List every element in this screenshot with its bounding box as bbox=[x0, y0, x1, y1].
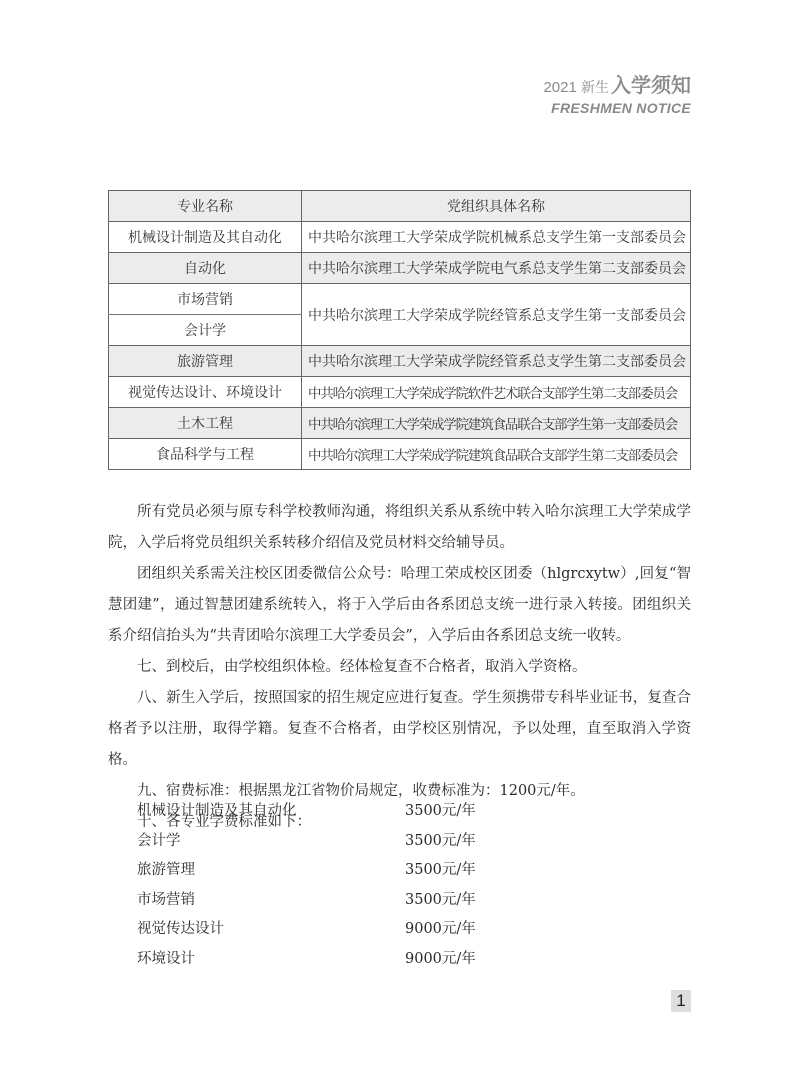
paragraph-league-transfer: 团组织关系需关注校区团委微信公众号：哈理工荣成校区团委（hlgrcxytw）,回… bbox=[108, 559, 691, 652]
fee-price: 3500元/年 bbox=[405, 797, 476, 827]
fee-major: 市场营销 bbox=[137, 886, 195, 916]
table-row: 旅游管理 中共哈尔滨理工大学荣成学院经管系总支学生第二支部委员会 bbox=[109, 346, 691, 377]
page-number: 1 bbox=[671, 990, 691, 1012]
major-cell: 自动化 bbox=[109, 253, 302, 284]
page-header: 2021 新生入学须知 FRESHMEN NOTICE bbox=[543, 76, 691, 116]
major-cell: 食品科学与工程 bbox=[109, 439, 302, 470]
fee-row: 旅游管理 3500元/年 bbox=[137, 856, 537, 886]
column-header-major: 专业名称 bbox=[109, 191, 302, 222]
header-year: 2021 bbox=[543, 79, 576, 96]
major-cell: 视觉传达设计、环境设计 bbox=[109, 377, 302, 408]
fee-major: 旅游管理 bbox=[137, 856, 195, 886]
fee-row: 市场营销 3500元/年 bbox=[137, 886, 537, 916]
header-label-big: 入学须知 bbox=[611, 75, 691, 97]
major-cell: 旅游管理 bbox=[109, 346, 302, 377]
fee-major: 机械设计制造及其自动化 bbox=[137, 797, 297, 827]
table-row: 自动化 中共哈尔滨理工大学荣成学院电气系总支学生第二支部委员会 bbox=[109, 253, 691, 284]
table-row: 视觉传达设计、环境设计 中共哈尔滨理工大学荣成学院软件艺术联合支部学生第二支部委… bbox=[109, 377, 691, 408]
table-row: 土木工程 中共哈尔滨理工大学荣成学院建筑食品联合支部学生第一支部委员会 bbox=[109, 408, 691, 439]
tuition-fee-list: 机械设计制造及其自动化 3500元/年 会计学 3500元/年 旅游管理 350… bbox=[137, 797, 537, 974]
fee-price: 9000元/年 bbox=[405, 915, 476, 945]
fee-major: 会计学 bbox=[137, 827, 181, 857]
fee-row: 环境设计 9000元/年 bbox=[137, 945, 537, 975]
paragraph-medical-exam: 七、到校后，由学校组织体检。经体检复查不合格者，取消入学资格。 bbox=[108, 652, 691, 683]
table-row: 机械设计制造及其自动化 中共哈尔滨理工大学荣成学院机械系总支学生第一支部委员会 bbox=[109, 222, 691, 253]
table-row: 食品科学与工程 中共哈尔滨理工大学荣成学院建筑食品联合支部学生第二支部委员会 bbox=[109, 439, 691, 470]
major-cell: 土木工程 bbox=[109, 408, 302, 439]
table-header-row: 专业名称 党组织具体名称 bbox=[109, 191, 691, 222]
paragraph-enrollment-review: 八、新生入学后，按照国家的招生规定应进行复查。学生须携带专科毕业证书，复查合格者… bbox=[108, 683, 691, 776]
organization-cell: 中共哈尔滨理工大学荣成学院建筑食品联合支部学生第二支部委员会 bbox=[302, 439, 691, 470]
paragraph-party-transfer: 所有党员必须与原专科学校教师沟通，将组织关系从系统中转入哈尔滨理工大学荣成学院，… bbox=[108, 497, 691, 559]
organization-cell: 中共哈尔滨理工大学荣成学院机械系总支学生第一支部委员会 bbox=[302, 222, 691, 253]
column-header-organization: 党组织具体名称 bbox=[302, 191, 691, 222]
major-cell: 会计学 bbox=[109, 315, 302, 346]
organization-cell: 中共哈尔滨理工大学荣成学院电气系总支学生第二支部委员会 bbox=[302, 253, 691, 284]
major-cell: 市场营销 bbox=[109, 284, 302, 315]
fee-row: 视觉传达设计 9000元/年 bbox=[137, 915, 537, 945]
header-label-small: 新生 bbox=[581, 79, 609, 95]
fee-price: 9000元/年 bbox=[405, 945, 476, 975]
fee-price: 3500元/年 bbox=[405, 886, 476, 916]
organization-cell: 中共哈尔滨理工大学荣成学院建筑食品联合支部学生第一支部委员会 bbox=[302, 408, 691, 439]
fee-major: 视觉传达设计 bbox=[137, 915, 224, 945]
fee-major: 环境设计 bbox=[137, 945, 195, 975]
organization-cell: 中共哈尔滨理工大学荣成学院经管系总支学生第二支部委员会 bbox=[302, 346, 691, 377]
fee-price: 3500元/年 bbox=[405, 827, 476, 857]
body-text: 所有党员必须与原专科学校教师沟通，将组织关系从系统中转入哈尔滨理工大学荣成学院，… bbox=[108, 497, 691, 838]
organization-cell: 中共哈尔滨理工大学荣成学院软件艺术联合支部学生第二支部委员会 bbox=[302, 377, 691, 408]
header-title: 2021 新生入学须知 bbox=[543, 76, 691, 98]
header-subtitle: FRESHMEN NOTICE bbox=[543, 100, 691, 116]
party-organization-table: 专业名称 党组织具体名称 机械设计制造及其自动化 中共哈尔滨理工大学荣成学院机械… bbox=[108, 190, 691, 470]
organization-cell-merged: 中共哈尔滨理工大学荣成学院经管系总支学生第一支部委员会 bbox=[302, 284, 691, 346]
fee-row: 会计学 3500元/年 bbox=[137, 827, 537, 857]
table-row: 市场营销 中共哈尔滨理工大学荣成学院经管系总支学生第一支部委员会 bbox=[109, 284, 691, 315]
major-cell: 机械设计制造及其自动化 bbox=[109, 222, 302, 253]
fee-row: 机械设计制造及其自动化 3500元/年 bbox=[137, 797, 537, 827]
fee-price: 3500元/年 bbox=[405, 856, 476, 886]
